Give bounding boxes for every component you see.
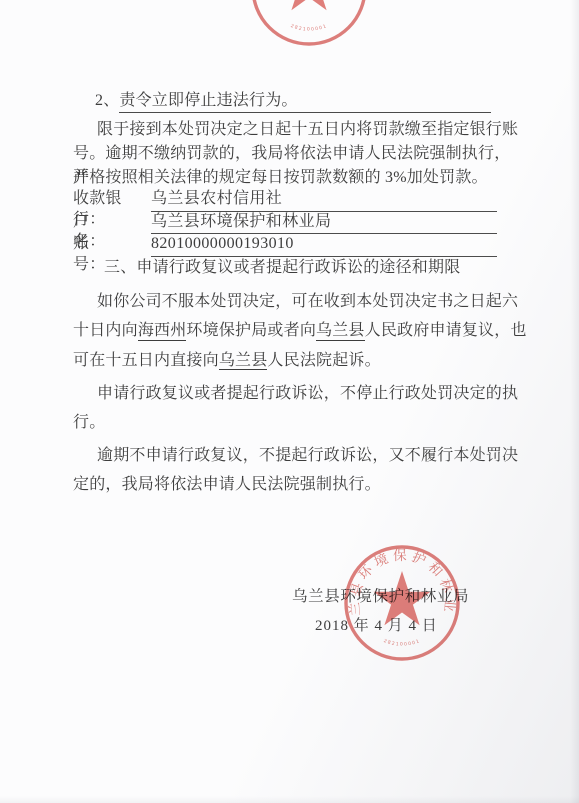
bank-name-value: 乌兰县农村信用社 (151, 189, 497, 212)
payment-paragraph: 限于接到本处罚决定之日起十五日内将罚款缴至指定银行账 号。逾期不缴纳罚款的，我局… (73, 118, 525, 191)
account-number-label: 账 号： (73, 234, 151, 257)
appeal-line2-seg: 人民政府申请复议，也 (365, 322, 527, 339)
payment-line-3: 严格按照相关法律的规定每日按罚款数额的 3%加处罚款。 (73, 166, 525, 190)
payment-line-1: 限于接到本处罚决定之日起十五日内将罚款缴至指定银行账 (73, 118, 525, 142)
bank-name-label: 收款银行： (73, 189, 151, 212)
appeal-line3-seg: 可在十五日内直接向 (73, 352, 219, 369)
appeal-line2-seg: 十日内向 (73, 322, 138, 339)
seal-bottom-graphic: 乌兰县环境保护和林业局 6328210000138 (337, 538, 467, 668)
no-stop-line-1: 申请行政复议或者提起行政诉讼，不停止行政处罚决定的执 (73, 379, 533, 408)
official-seal-bottom: 乌兰县环境保护和林业局 6328210000138 (337, 538, 467, 668)
bank-row: 收款银行： 乌兰县农村信用社 (73, 189, 497, 212)
section3-heading: 三、申请行政复议或者提起行政诉讼的途径和期限 (104, 257, 460, 279)
appeal-line3-seg: 人民法院起诉。 (267, 352, 380, 369)
item2-number: 2、 (95, 91, 119, 113)
seal-top-graphic: 乌兰县环境保护和林业局 6328210000138 (244, 0, 374, 53)
document-page: 乌兰县环境保护和林业局 6328210000138 2、责令立即停止违法行为。 … (0, 0, 579, 803)
official-seal-top-partial: 乌兰县环境保护和林业局 6328210000138 (244, 0, 374, 53)
account-number-row: 账 号： 82010000000193010 (73, 234, 497, 257)
overdue-line-1: 逾期不申请行政复议，不提起行政诉讼，又不履行本处罚决 (73, 441, 533, 470)
appeal-paragraph: 如你公司不服本处罚决定，可在收到本处罚决定书之日起六 十日内向海西州环境保护局或… (73, 287, 533, 375)
appeal-line2-wulanxian: 乌兰县 (316, 322, 365, 341)
no-stop-paragraph: 申请行政复议或者提起行政诉讼，不停止行政处罚决定的执 行。 (73, 379, 533, 438)
bank-info-block: 收款银行： 乌兰县农村信用社 户 名： 乌兰县环境保护和林业局 账 号： 820… (73, 189, 497, 257)
appeal-line2-haixizhou: 海西州 (138, 322, 187, 341)
seal-star-icon (281, 0, 338, 10)
overdue-paragraph: 逾期不申请行政复议，不提起行政诉讼，又不履行本处罚决 定的，我局将依法申请人民法… (73, 441, 533, 500)
overdue-line-2: 定的，我局将依法申请人民法院强制执行。 (73, 470, 533, 499)
appeal-line2-seg: 环境保护局或者向 (186, 322, 316, 339)
item2-order-text: 责令立即停止违法行为。 (119, 91, 491, 113)
item2-line: 2、责令立即停止违法行为。 (95, 91, 491, 113)
payment-line-2: 号。逾期不缴纳罚款的，我局将依法申请人民法院强制执行，并 (73, 142, 525, 166)
appeal-line-1: 如你公司不服本处罚决定，可在收到本处罚决定书之日起六 (73, 287, 533, 316)
account-name-row: 户 名： 乌兰县环境保护和林业局 (73, 212, 497, 235)
seal-star-icon (374, 571, 431, 625)
account-number-value: 82010000000193010 (151, 234, 497, 257)
appeal-line3-wulanxian: 乌兰县 (219, 352, 268, 371)
no-stop-line-2: 行。 (73, 408, 533, 437)
appeal-line-2: 十日内向海西州环境保护局或者向乌兰县人民政府申请复议，也 (73, 316, 533, 345)
appeal-line-3: 可在十五日内直接向乌兰县人民法院起诉。 (73, 346, 533, 375)
account-name-value: 乌兰县环境保护和林业局 (151, 212, 497, 235)
account-name-label: 户 名： (73, 212, 151, 235)
